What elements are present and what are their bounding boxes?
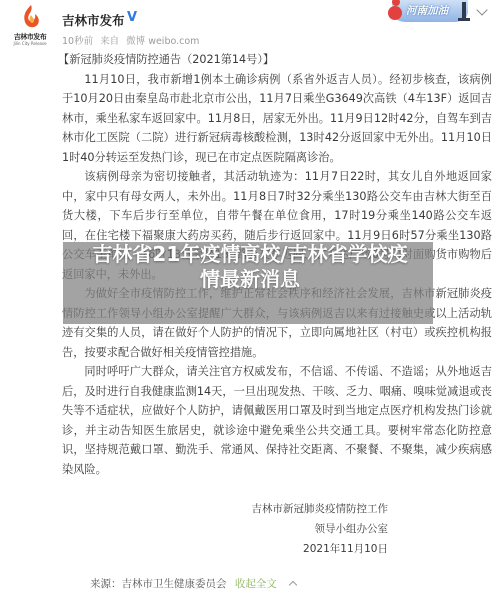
signature-org-line2: 领导小组办公室 [62,519,388,539]
tower-base-icon [458,18,470,21]
article-paragraph: 11月10日，我市新增1例本土确诊病例（系省外返吉人员）。经初步核查，该病例于1… [62,70,492,168]
chevron-up-icon[interactable] [289,581,297,589]
avatar-logo-sub: Jilin City Release [10,41,50,46]
article-title: 【新冠肺炎疫情防控通告（2021第14号）】 [58,50,492,70]
source-app[interactable]: 微博 weibo.com [126,36,199,47]
headline-line2: 情最新消息 [0,267,500,292]
avatar[interactable]: 吉林市发布 Jilin City Release [10,4,50,48]
headline-overlay: 吉林省21年疫情高校/吉林省学校疫 情最新消息 [0,242,500,292]
badge-text: 河南加油 [406,3,448,18]
source-line: 来源：吉林市卫生健康委员会 收起全文 [90,576,296,591]
heart-small-icon [392,0,400,6]
chevron-down-icon[interactable] [476,4,487,15]
signature-date: 2021年11月10日 [62,539,388,559]
post-meta: 10秒前 来自 微博 weibo.com [62,33,199,47]
source-prefix: 来自 [100,36,119,47]
heart-icon [388,6,402,20]
signature-org-line1: 吉林市新冠肺炎疫情防控工作 [62,499,388,519]
headline-line1: 吉林省21年疫情高校/吉林省学校疫 [0,242,500,267]
henan-support-badge: 河南加油 [392,0,468,22]
account-name[interactable]: 吉林市发布 [62,11,125,29]
collapse-text-link[interactable]: 收起全文 [235,578,277,590]
post-header: 吉林市发布 Jilin City Release 吉林市发布 V 10秒前 来自… [0,0,500,50]
source-label: 来源：吉林市卫生健康委员会 [90,578,227,590]
article-paragraph: 同时呼吁广大群众，请关注官方权威发布，不信谣、不传谣、不造谣；从外地返吉后，及时… [62,362,492,479]
flame-logo-icon [21,4,41,30]
signature-block: 吉林市新冠肺炎疫情防控工作 领导小组办公室 2021年11月10日 [62,499,492,559]
post-time: 10秒前 [62,36,93,47]
verified-badge-icon: V [127,10,137,25]
